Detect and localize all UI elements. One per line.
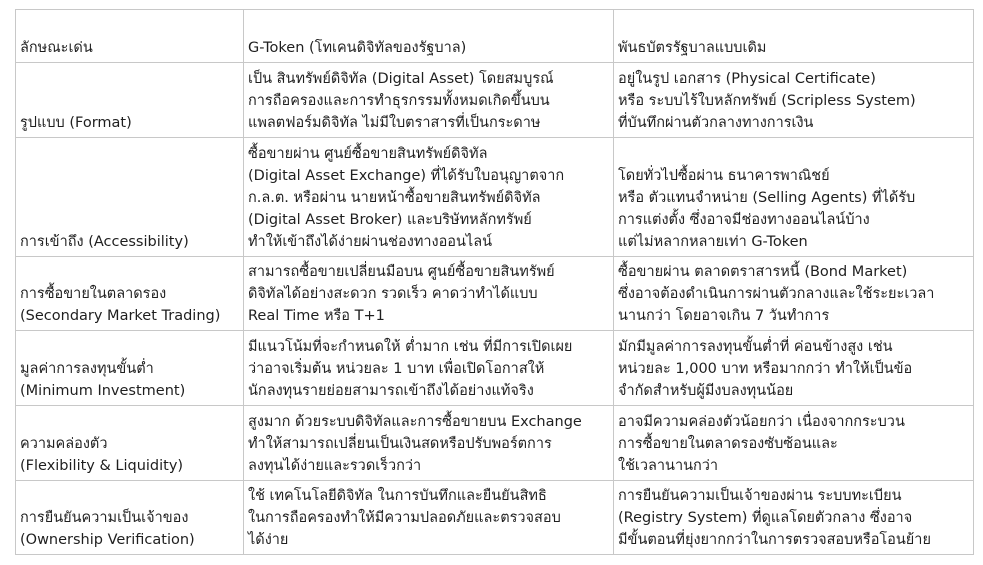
table-row: การซื้อขายในตลาดรอง (Secondary Market Tr… [16,257,974,331]
header-feature: ลักษณะเด่น [16,10,244,63]
row-feature: รูปแบบ (Format) [16,63,244,138]
table-row: มูลค่าการลงทุนขั้นต่ำ (Minimum Investmen… [16,331,974,406]
table-row: ความคล่องตัว (Flexibility & Liquidity) ส… [16,406,974,481]
table-row: การเข้าถึง (Accessibility) ซื้อขายผ่าน ศ… [16,138,974,257]
row-g-token: ซื้อขายผ่าน ศูนย์ซื้อขายสินทรัพย์ดิจิทัล… [244,138,614,257]
comparison-table: ลักษณะเด่น G-Token (โทเคนดิจิทัลของรัฐบา… [15,9,974,555]
table-header-row: ลักษณะเด่น G-Token (โทเคนดิจิทัลของรัฐบา… [16,10,974,63]
comparison-table-container: ลักษณะเด่น G-Token (โทเคนดิจิทัลของรัฐบา… [15,9,973,555]
row-traditional-bond: อาจมีความคล่องตัวน้อยกว่า เนื่องจากกระบว… [614,406,974,481]
row-feature: มูลค่าการลงทุนขั้นต่ำ (Minimum Investmen… [16,331,244,406]
row-feature: ความคล่องตัว (Flexibility & Liquidity) [16,406,244,481]
header-g-token: G-Token (โทเคนดิจิทัลของรัฐบาล) [244,10,614,63]
table-row: รูปแบบ (Format) เป็น สินทรัพย์ดิจิทัล (D… [16,63,974,138]
row-feature: การเข้าถึง (Accessibility) [16,138,244,257]
row-feature: การยืนยันความเป็นเจ้าของ (Ownership Veri… [16,481,244,555]
row-traditional-bond: อยู่ในรูป เอกสาร (Physical Certificate) … [614,63,974,138]
header-traditional-bond: พันธบัตรรัฐบาลแบบเดิม [614,10,974,63]
row-g-token: สูงมาก ด้วยระบบดิจิทัลและการซื้อขายบน Ex… [244,406,614,481]
row-g-token: เป็น สินทรัพย์ดิจิทัล (Digital Asset) โด… [244,63,614,138]
row-traditional-bond: การยืนยันความเป็นเจ้าของผ่าน ระบบทะเบียน… [614,481,974,555]
row-traditional-bond: มักมีมูลค่าการลงทุนขั้นต่ำที่ ค่อนข้างสู… [614,331,974,406]
row-g-token: สามารถซื้อขายเปลี่ยนมือบน ศูนย์ซื้อขายสิ… [244,257,614,331]
row-feature: การซื้อขายในตลาดรอง (Secondary Market Tr… [16,257,244,331]
row-g-token: ใช้ เทคโนโลยีดิจิทัล ในการบันทึกและยืนยั… [244,481,614,555]
row-traditional-bond: โดยทั่วไปซื้อผ่าน ธนาคารพาณิชย์ หรือ ตัว… [614,138,974,257]
table-row: การยืนยันความเป็นเจ้าของ (Ownership Veri… [16,481,974,555]
row-traditional-bond: ซื้อขายผ่าน ตลาดตราสารหนี้ (Bond Market)… [614,257,974,331]
row-g-token: มีแนวโน้มที่จะกำหนดให้ ต่ำมาก เช่น ที่มี… [244,331,614,406]
